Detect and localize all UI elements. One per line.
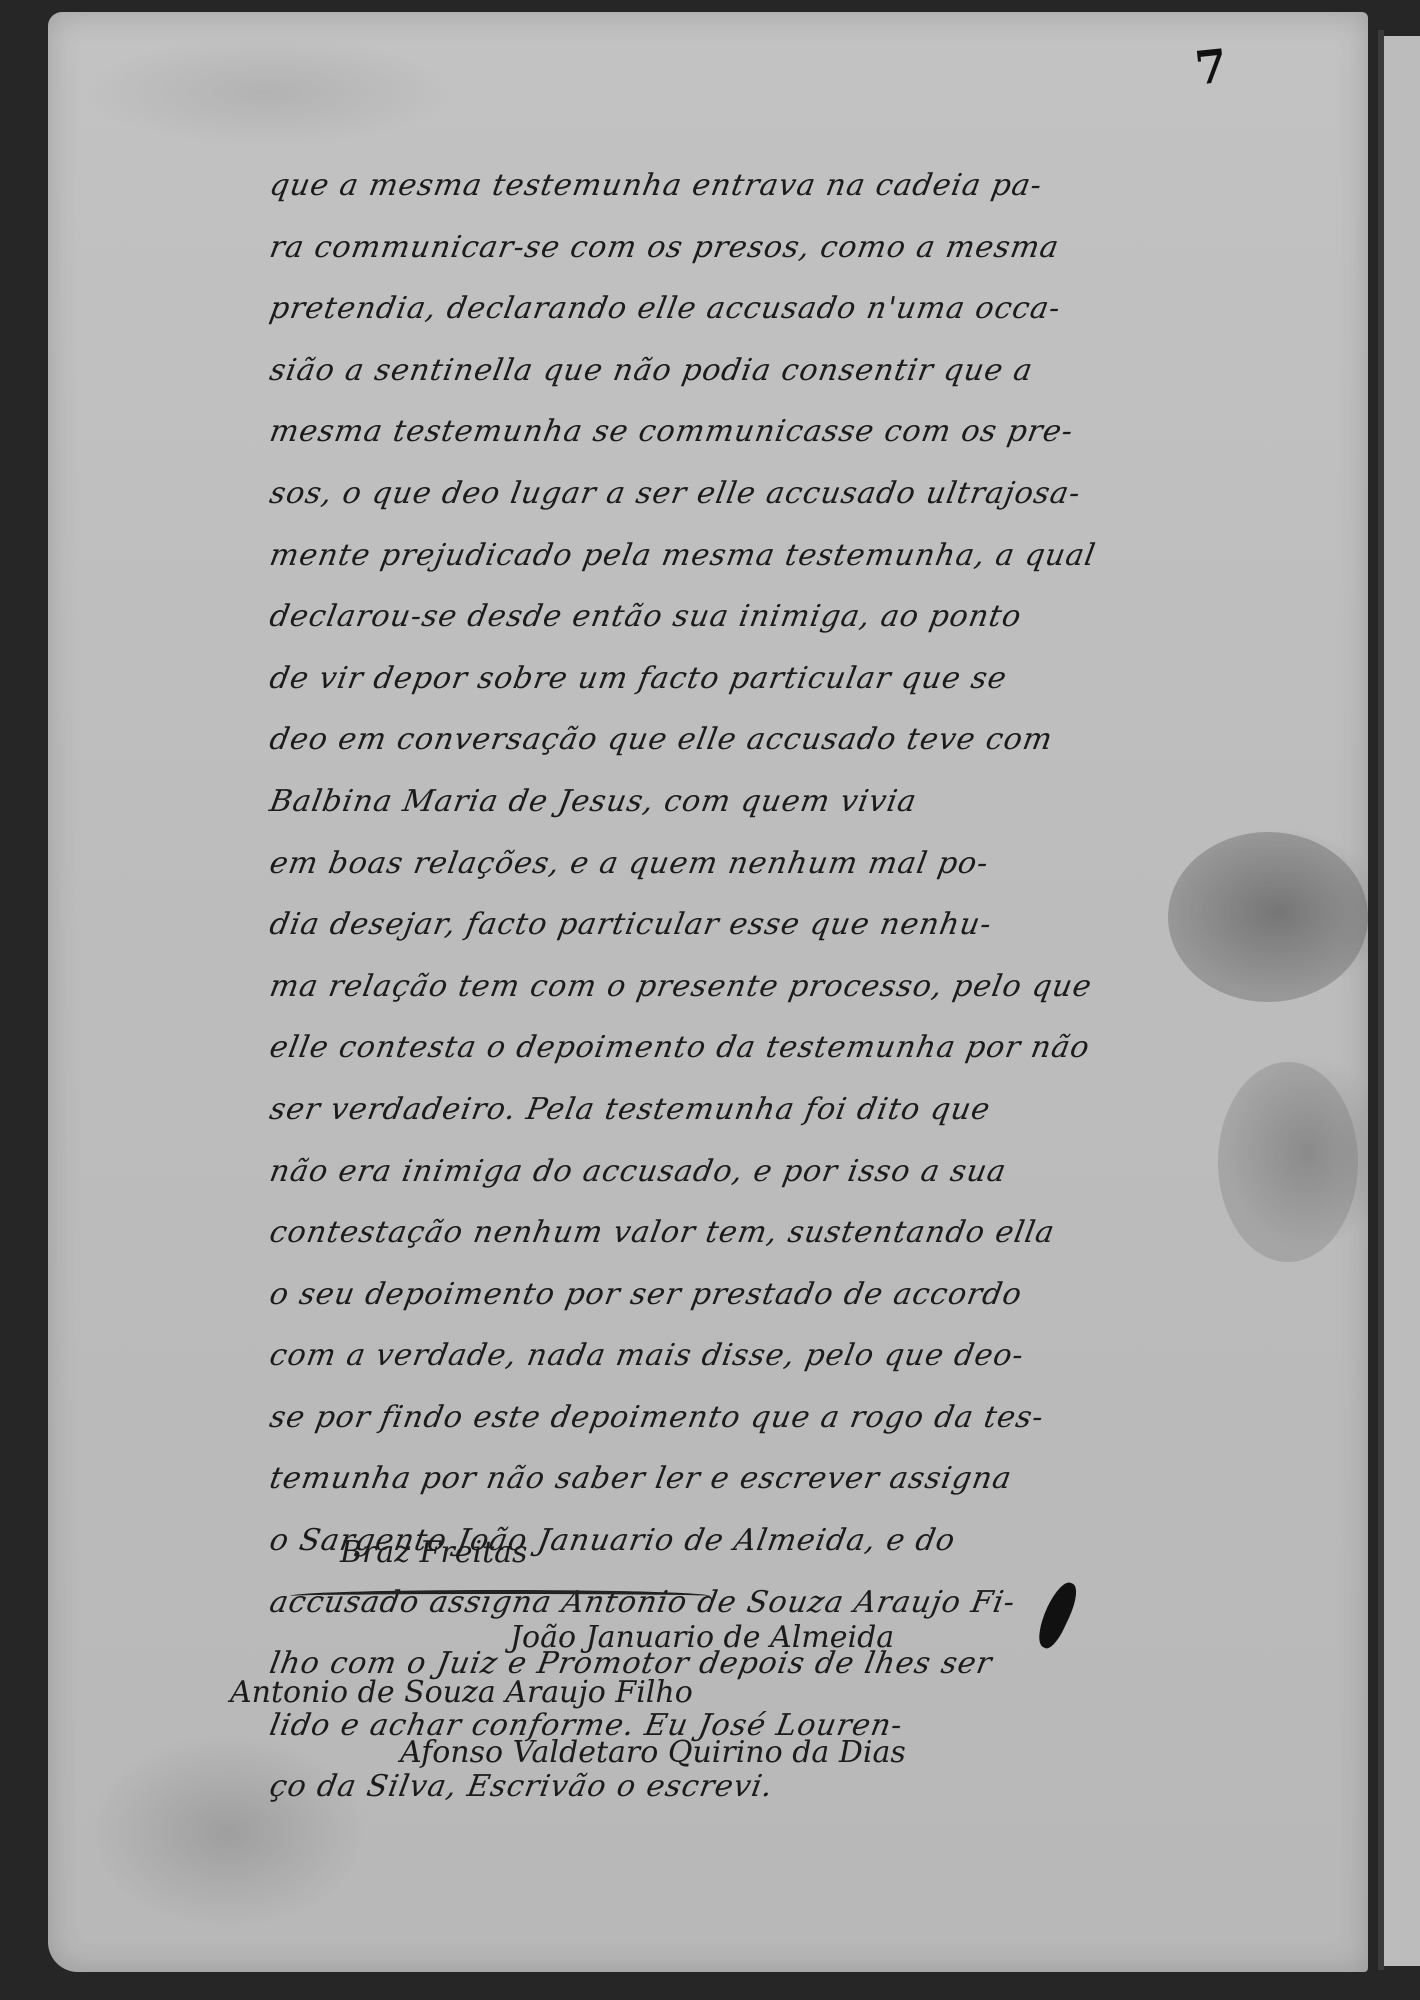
signature-joao-januario: João Januario de Almeida: [510, 1620, 894, 1655]
text-line: em boas relações, e a quem nenhum mal po…: [265, 833, 1156, 895]
signature-afonso-dias: Afonso Valdetaro Quirino da Dias: [400, 1735, 906, 1770]
text-line: sião a sentinella que não podia consenti…: [265, 340, 1156, 402]
text-line: que a mesma testemunha entrava na cadeia…: [265, 155, 1156, 217]
text-line: sos, o que deo lugar a ser elle accusado…: [265, 463, 1156, 525]
text-line: ma relação tem com o presente processo, …: [265, 956, 1156, 1018]
text-line: temunha por não saber ler e escrever ass…: [265, 1448, 1156, 1510]
folio-number: 7: [1192, 38, 1229, 95]
scanned-document: 7 que a mesma testemunha entrava na cade…: [0, 0, 1420, 2000]
text-line: deo em conversação que elle accusado tev…: [265, 709, 1156, 771]
text-line: de vir depor sobre um facto particular q…: [265, 648, 1156, 710]
text-line: Balbina Maria de Jesus, com quem vivia: [265, 771, 1156, 833]
text-line: se por findo este depoimento que a rogo …: [265, 1387, 1156, 1449]
text-line: contestação nenhum valor tem, sustentand…: [265, 1202, 1156, 1264]
text-line: declarou-se desde então sua inimiga, ao …: [265, 586, 1156, 648]
text-line: elle contesta o depoimento da testemunha…: [265, 1017, 1156, 1079]
text-line: ra communicar-se com os presos, como a m…: [265, 217, 1156, 279]
signature-antonio-araujo: Antonio de Souza Araujo Filho: [230, 1675, 693, 1710]
text-line: mente prejudicado pela mesma testemunha,…: [265, 525, 1156, 587]
text-line: dia desejar, facto particular esse que n…: [265, 894, 1156, 956]
text-line: o seu depoimento por ser prestado de acc…: [265, 1264, 1156, 1326]
text-line: com a verdade, nada mais disse, pelo que…: [265, 1325, 1156, 1387]
text-line: ser verdadeiro. Pela testemunha foi dito…: [265, 1079, 1156, 1141]
water-stain: [1168, 832, 1368, 1002]
text-line: não era inimiga do accusado, e por isso …: [265, 1141, 1156, 1203]
text-line: pretendia, declarando elle accusado n'um…: [265, 278, 1156, 340]
water-stain: [1218, 1062, 1358, 1262]
adjacent-page-edge: [1384, 36, 1420, 1966]
signature-braz-freitas: Braz Freitas: [340, 1535, 527, 1570]
text-line: mesma testemunha se communicasse com os …: [265, 401, 1156, 463]
signature-flourish: [290, 1590, 710, 1602]
